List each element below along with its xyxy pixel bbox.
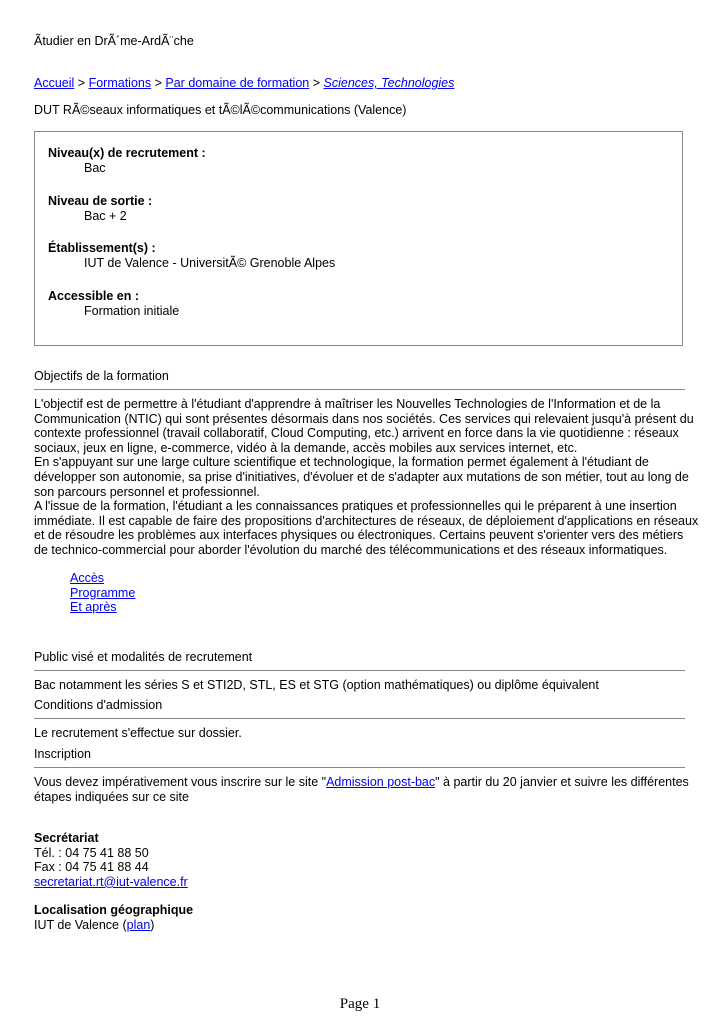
location-text-after: )	[150, 918, 154, 932]
establishment-label: Établissement(s) :	[48, 241, 156, 255]
breadcrumb-domain-link[interactable]: Par domaine de formation	[165, 76, 309, 90]
breadcrumb: Accueil > Formations > Par domaine de fo…	[34, 76, 454, 90]
page-number: Page 1	[0, 996, 720, 1013]
recruitment-level-label: Niveau(x) de recrutement :	[48, 146, 206, 160]
objectives-line: L'objectif est de permettre à l'étudiant…	[34, 397, 694, 412]
conditions-text: Le recrutement s'effectue sur dossier.	[34, 726, 694, 741]
objectives-line: de technico-commercial pour aborder l'év…	[34, 543, 694, 558]
objectives-title: Objectifs de la formation	[34, 369, 169, 383]
breadcrumb-home-link[interactable]: Accueil	[34, 76, 74, 90]
exit-level-label: Niveau de sortie :	[48, 194, 152, 208]
inscription-text: Vous devez impérativement vous inscrire …	[34, 775, 694, 804]
formation-info-box: Niveau(x) de recrutement : Bac Niveau de…	[34, 131, 683, 346]
admission-post-bac-link[interactable]: Admission post-bac	[326, 775, 435, 789]
site-title: Ãtudier en DrÃ´me-ArdÃ¨che	[34, 34, 194, 48]
inscription-text-after: " à partir du 20 janvier et suivre les d…	[435, 775, 689, 789]
section-divider	[34, 718, 685, 719]
objectives-line: développer son autonomie, sa prise d'ini…	[34, 470, 694, 485]
objectives-line: immédiate. Il est capable de faire des p…	[34, 514, 694, 529]
section-divider	[34, 767, 685, 768]
breadcrumb-separator: >	[155, 76, 162, 90]
secretariat-fax: Fax : 04 75 41 88 44	[34, 860, 694, 875]
secretariat-email-link[interactable]: secretariat.rt@iut-valence.fr	[34, 875, 188, 889]
public-title: Public visé et modalités de recrutement	[34, 650, 252, 664]
breadcrumb-current-label: Sciences, Technologies	[324, 76, 455, 90]
public-text: Bac notamment les séries S et STI2D, STL…	[34, 678, 694, 693]
objectives-line: En s'appuyant sur une large culture scie…	[34, 455, 694, 470]
acces-link[interactable]: Accès	[70, 571, 135, 586]
secretariat-block: Secrétariat Tél. : 04 75 41 88 50 Fax : …	[34, 831, 694, 889]
inscription-text-line2: étapes indiquées sur ce site	[34, 790, 189, 804]
location-text: IUT de Valence (plan)	[34, 918, 694, 933]
objectives-line: Communication (NTIC) qui sont présentes …	[34, 412, 694, 427]
recruitment-level-value: Bac	[84, 161, 106, 175]
accessible-value: Formation initiale	[84, 304, 179, 318]
page-title: DUT RÃ©seaux informatiques et tÃ©lÃ©comm…	[34, 103, 406, 117]
breadcrumb-formations-link[interactable]: Formations	[89, 76, 152, 90]
location-title: Localisation géographique	[34, 903, 694, 918]
exit-level-value: Bac + 2	[84, 209, 127, 223]
inscription-text-before: Vous devez impérativement vous inscrire …	[34, 775, 326, 789]
objectives-line: et de résoudre les problèmes aux interfa…	[34, 528, 694, 543]
objectives-text: L'objectif est de permettre à l'étudiant…	[34, 397, 694, 558]
breadcrumb-current-link[interactable]: Sciences, Technologies	[324, 76, 455, 90]
et-apres-link[interactable]: Et après	[70, 600, 135, 615]
objectives-line: A l'issue de la formation, l'étudiant a …	[34, 499, 694, 514]
section-divider	[34, 670, 685, 671]
objectives-line: sociaux, jeux en ligne, e-commerce, vidé…	[34, 441, 694, 456]
location-block: Localisation géographique IUT de Valence…	[34, 903, 694, 932]
breadcrumb-separator: >	[313, 76, 320, 90]
section-links: Accès Programme Et après	[70, 571, 135, 615]
objectives-line: contexte professionnel (travail collabor…	[34, 426, 694, 441]
secretariat-title: Secrétariat	[34, 831, 694, 846]
accessible-label: Accessible en :	[48, 289, 139, 303]
secretariat-phone: Tél. : 04 75 41 88 50	[34, 846, 694, 861]
breadcrumb-separator: >	[78, 76, 85, 90]
plan-link[interactable]: plan	[127, 918, 151, 932]
establishment-value: IUT de Valence - UniversitÃ© Grenoble Al…	[84, 256, 335, 270]
programme-link[interactable]: Programme	[70, 586, 135, 601]
objectives-line: son parcours personnel et professionnel.	[34, 485, 694, 500]
conditions-title: Conditions d'admission	[34, 698, 162, 712]
inscription-title: Inscription	[34, 747, 91, 761]
location-text-before: IUT de Valence (	[34, 918, 127, 932]
section-divider	[34, 389, 685, 390]
